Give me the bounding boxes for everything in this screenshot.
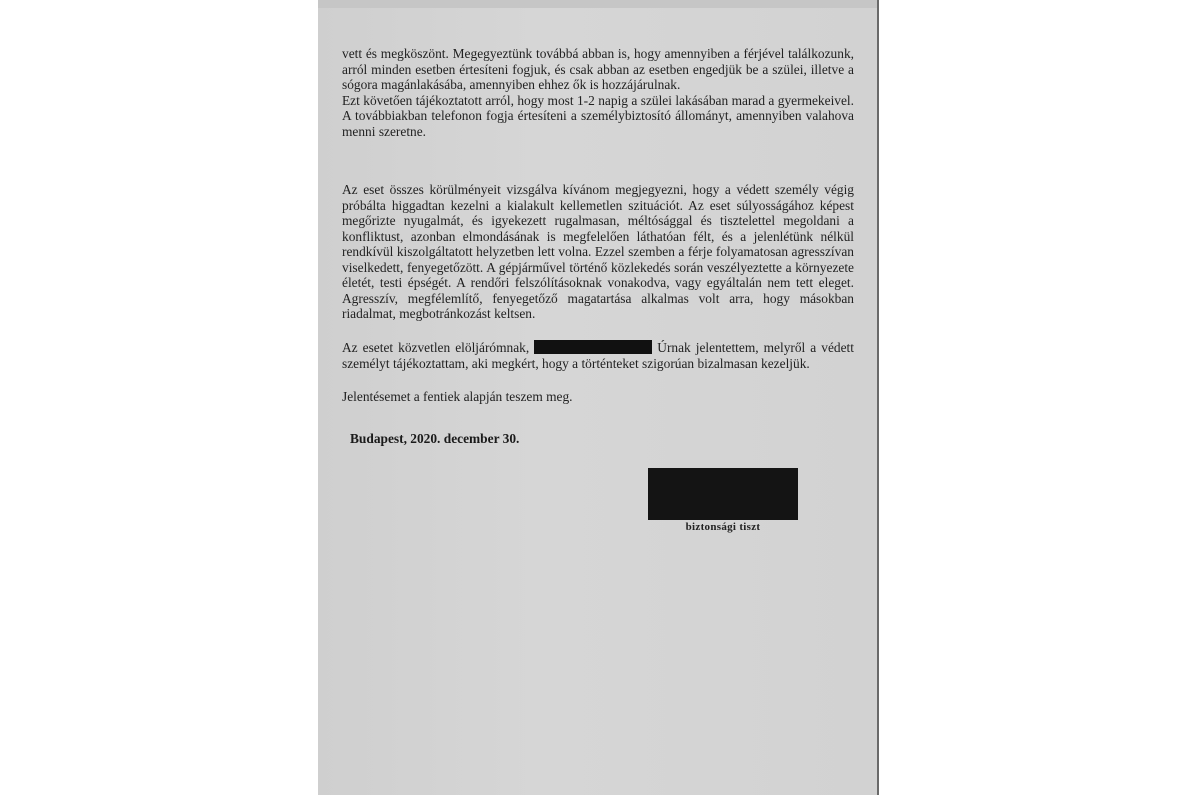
text-line: próbálta higgadtan kezelni a kialakult k… [342, 198, 854, 214]
redacted-signature [648, 468, 798, 520]
text-line: vett és megköszönt. Megegyeztünk továbbá… [342, 46, 854, 62]
text-line: Agresszív, megfélemlítő, fenyegetőző mag… [342, 291, 854, 307]
text-line: konfliktust, azonban elmondásának is meg… [342, 229, 854, 245]
paragraph-reported: Az esetet közvetlen elöljárómnak, Úrnak … [342, 340, 854, 371]
text-line: Jelentésemet a fentiek alapján teszem me… [342, 389, 854, 405]
document-page: vett és megköszönt. Megegyeztünk továbbá… [318, 0, 879, 795]
text-line: menni szeretne. [342, 124, 854, 140]
paragraph-assessment: Az eset összes körülményeit vizsgálva kí… [342, 182, 854, 322]
date-line: Budapest, 2020. december 30. [350, 431, 519, 447]
text-line: megőrizte nyugalmát, és igyekezett rugal… [342, 213, 854, 229]
text-line: A továbbiakban telefonon fogja értesíten… [342, 108, 854, 124]
text-line: riadalmat, megbotránkozást keltsen. [342, 306, 854, 322]
text-line: Az esetet közvetlen elöljárómnak, Úrnak … [342, 340, 854, 356]
paragraph-closing: Jelentésemet a fentiek alapján teszem me… [342, 389, 854, 405]
text-line: sógora magánlakásába, amennyiben ehhez ő… [342, 77, 854, 93]
text-line: arról minden esetben értesíteni fogjuk, … [342, 62, 854, 78]
text-segment: Úrnak jelentettem, melyről a védett [657, 340, 854, 355]
signature-title: biztonsági tiszt [648, 521, 798, 533]
text-line: életét, testi épségét. A rendőri felszól… [342, 275, 854, 291]
text-line: Az eset összes körülményeit vizsgálva kí… [342, 182, 854, 198]
text-line: személyt tájékoztattam, aki megkért, hog… [342, 356, 854, 372]
paragraph-agreement: vett és megköszönt. Megegyeztünk továbbá… [342, 46, 854, 139]
text-line: rendkívül kiszolgáltatott helyzetben let… [342, 244, 854, 260]
text-segment: Az esetet közvetlen elöljárómnak, [342, 340, 529, 355]
text-line: Ezt követően tájékoztatott arról, hogy m… [342, 93, 854, 109]
redacted-name [534, 340, 652, 354]
text-line: viselkedett, fenyegetőzött. A gépjárműve… [342, 260, 854, 276]
